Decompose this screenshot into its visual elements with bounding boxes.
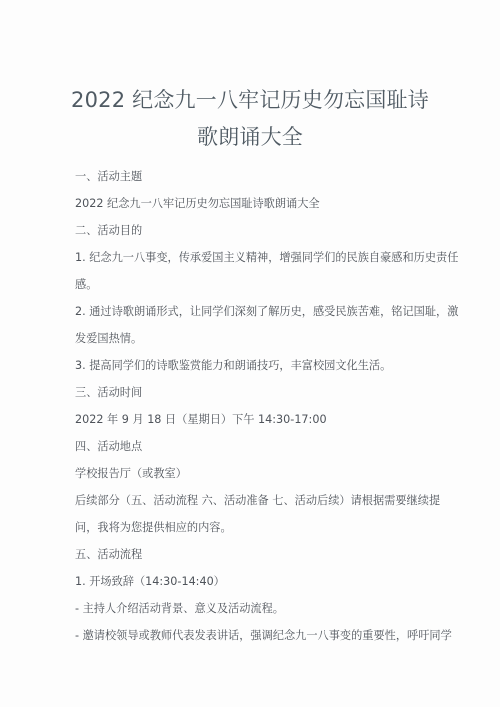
process-bullet-1: - 主持人介绍活动背景、意义及活动流程。 [75, 601, 435, 617]
followup-note: 后续部分（五、活动流程 六、活动准备 七、活动后续）请根据需要继续提 [75, 493, 435, 509]
purpose-item-3: 3. 提高同学们的诗歌鉴赏能力和朗诵技巧，丰富校园文化生活。 [75, 358, 435, 374]
section-heading-location: 四、活动地点 [75, 439, 435, 455]
document-page: 2022 纪念九一八牢记历史勿忘国耻诗 歌朗诵大全 一、活动主题 2022 纪念… [0, 0, 500, 707]
purpose-item-1-cont: 感。 [75, 277, 435, 293]
section-heading-process: 五、活动流程 [75, 547, 435, 563]
followup-note-cont: 问，我将为您提供相应的内容。 [75, 520, 435, 536]
section-heading-purpose: 二、活动目的 [75, 223, 435, 239]
process-step-1: 1. 开场致辞（14:30-14:40） [75, 574, 435, 590]
document-title-line-1: 2022 纪念九一八牢记历史勿忘国耻诗 [0, 86, 500, 114]
location-text: 学校报告厅（或教室） [75, 466, 435, 482]
purpose-item-2: 2. 通过诗歌朗诵形式，让同学们深刻了解历史，感受民族苦难，铭记国耻，激 [75, 304, 435, 320]
theme-text: 2022 纪念九一八牢记历史勿忘国耻诗歌朗诵大全 [75, 196, 435, 212]
document-title-line-2: 歌朗诵大全 [0, 123, 500, 151]
purpose-item-2-cont: 发爱国热情。 [75, 331, 435, 347]
section-heading-time: 三、活动时间 [75, 385, 435, 401]
time-text: 2022 年 9 月 18 日（星期日）下午 14:30-17:00 [75, 412, 435, 428]
process-bullet-2: - 邀请校领导或教师代表发表讲话，强调纪念九一八事变的重要性，呼吁同学 [75, 628, 435, 644]
section-heading-theme: 一、活动主题 [75, 169, 435, 185]
purpose-item-1: 1. 纪念九一八事变，传承爱国主义精神，增强同学们的民族自豪感和历史责任 [75, 250, 435, 266]
